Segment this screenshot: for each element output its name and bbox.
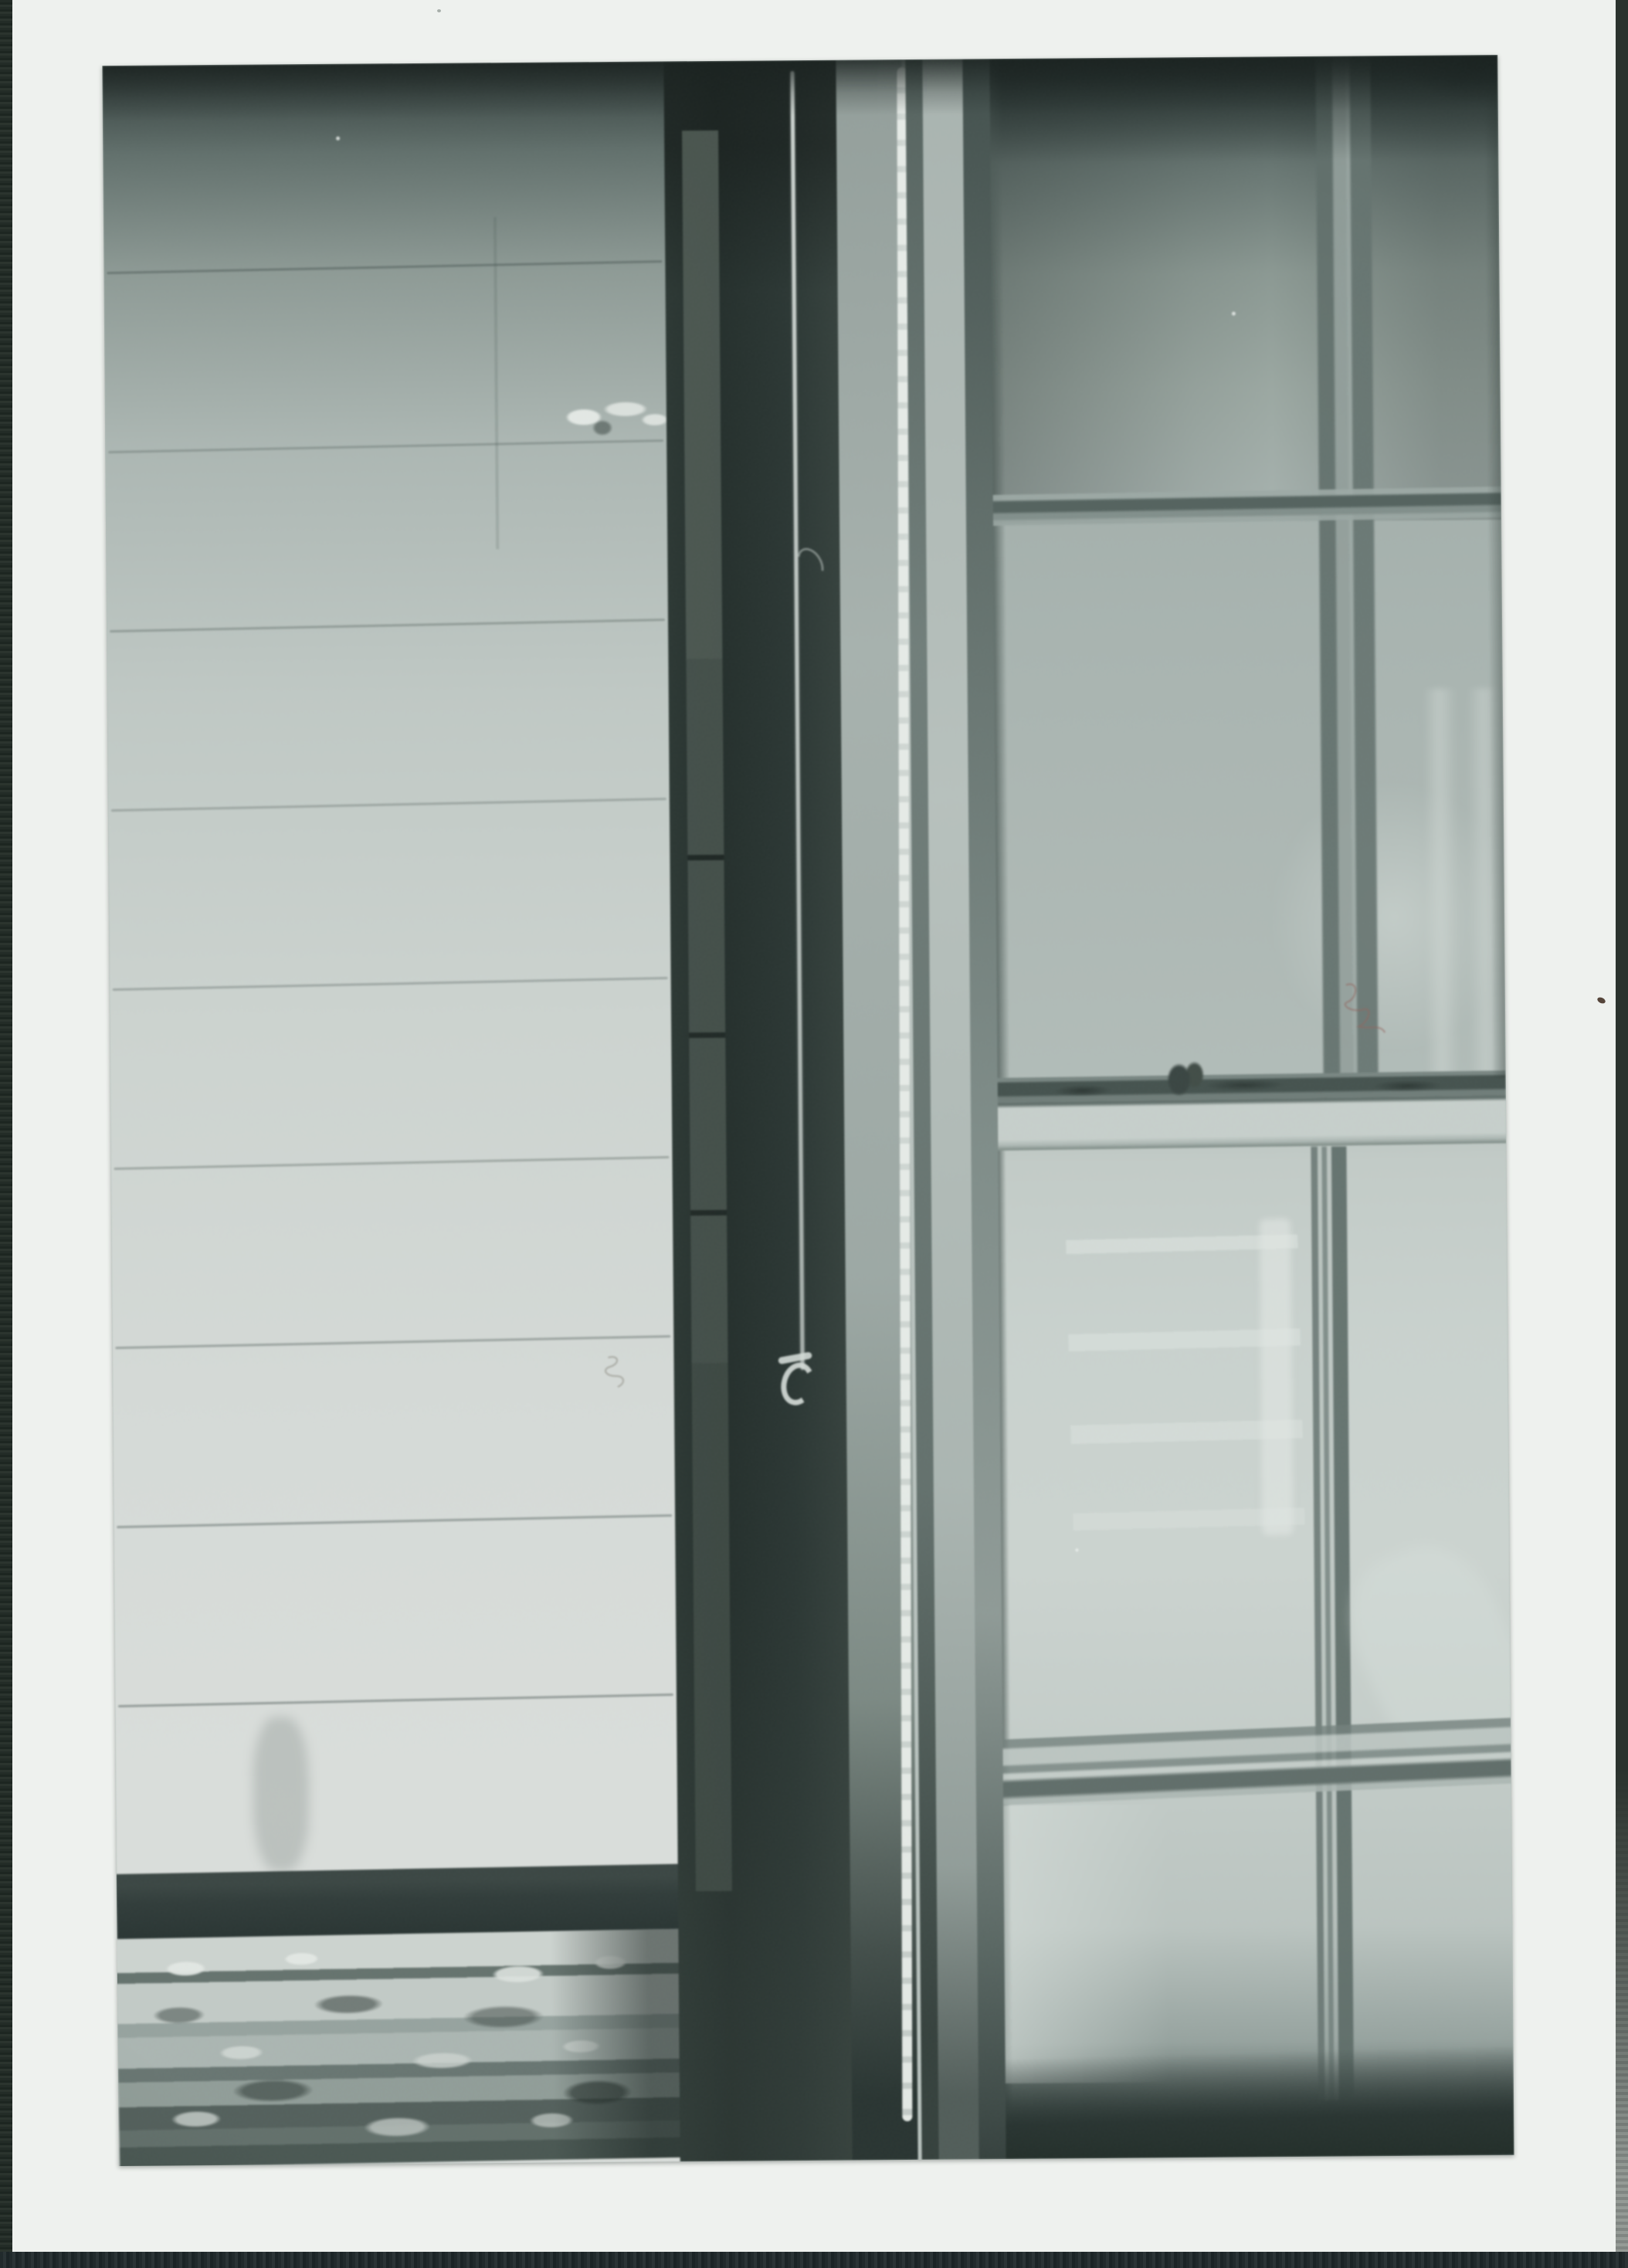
scan-edge-bottom — [0, 2252, 1628, 2268]
scan-edge-left — [0, 0, 12, 2268]
film-grain-overlay — [102, 55, 1514, 2166]
dust-speck — [1596, 996, 1606, 1005]
photo-image — [102, 55, 1514, 2166]
dust-speck — [437, 9, 441, 12]
photo-print — [102, 55, 1514, 2166]
scanned-photo-page — [0, 0, 1628, 2268]
scan-edge-right — [1616, 0, 1628, 2268]
